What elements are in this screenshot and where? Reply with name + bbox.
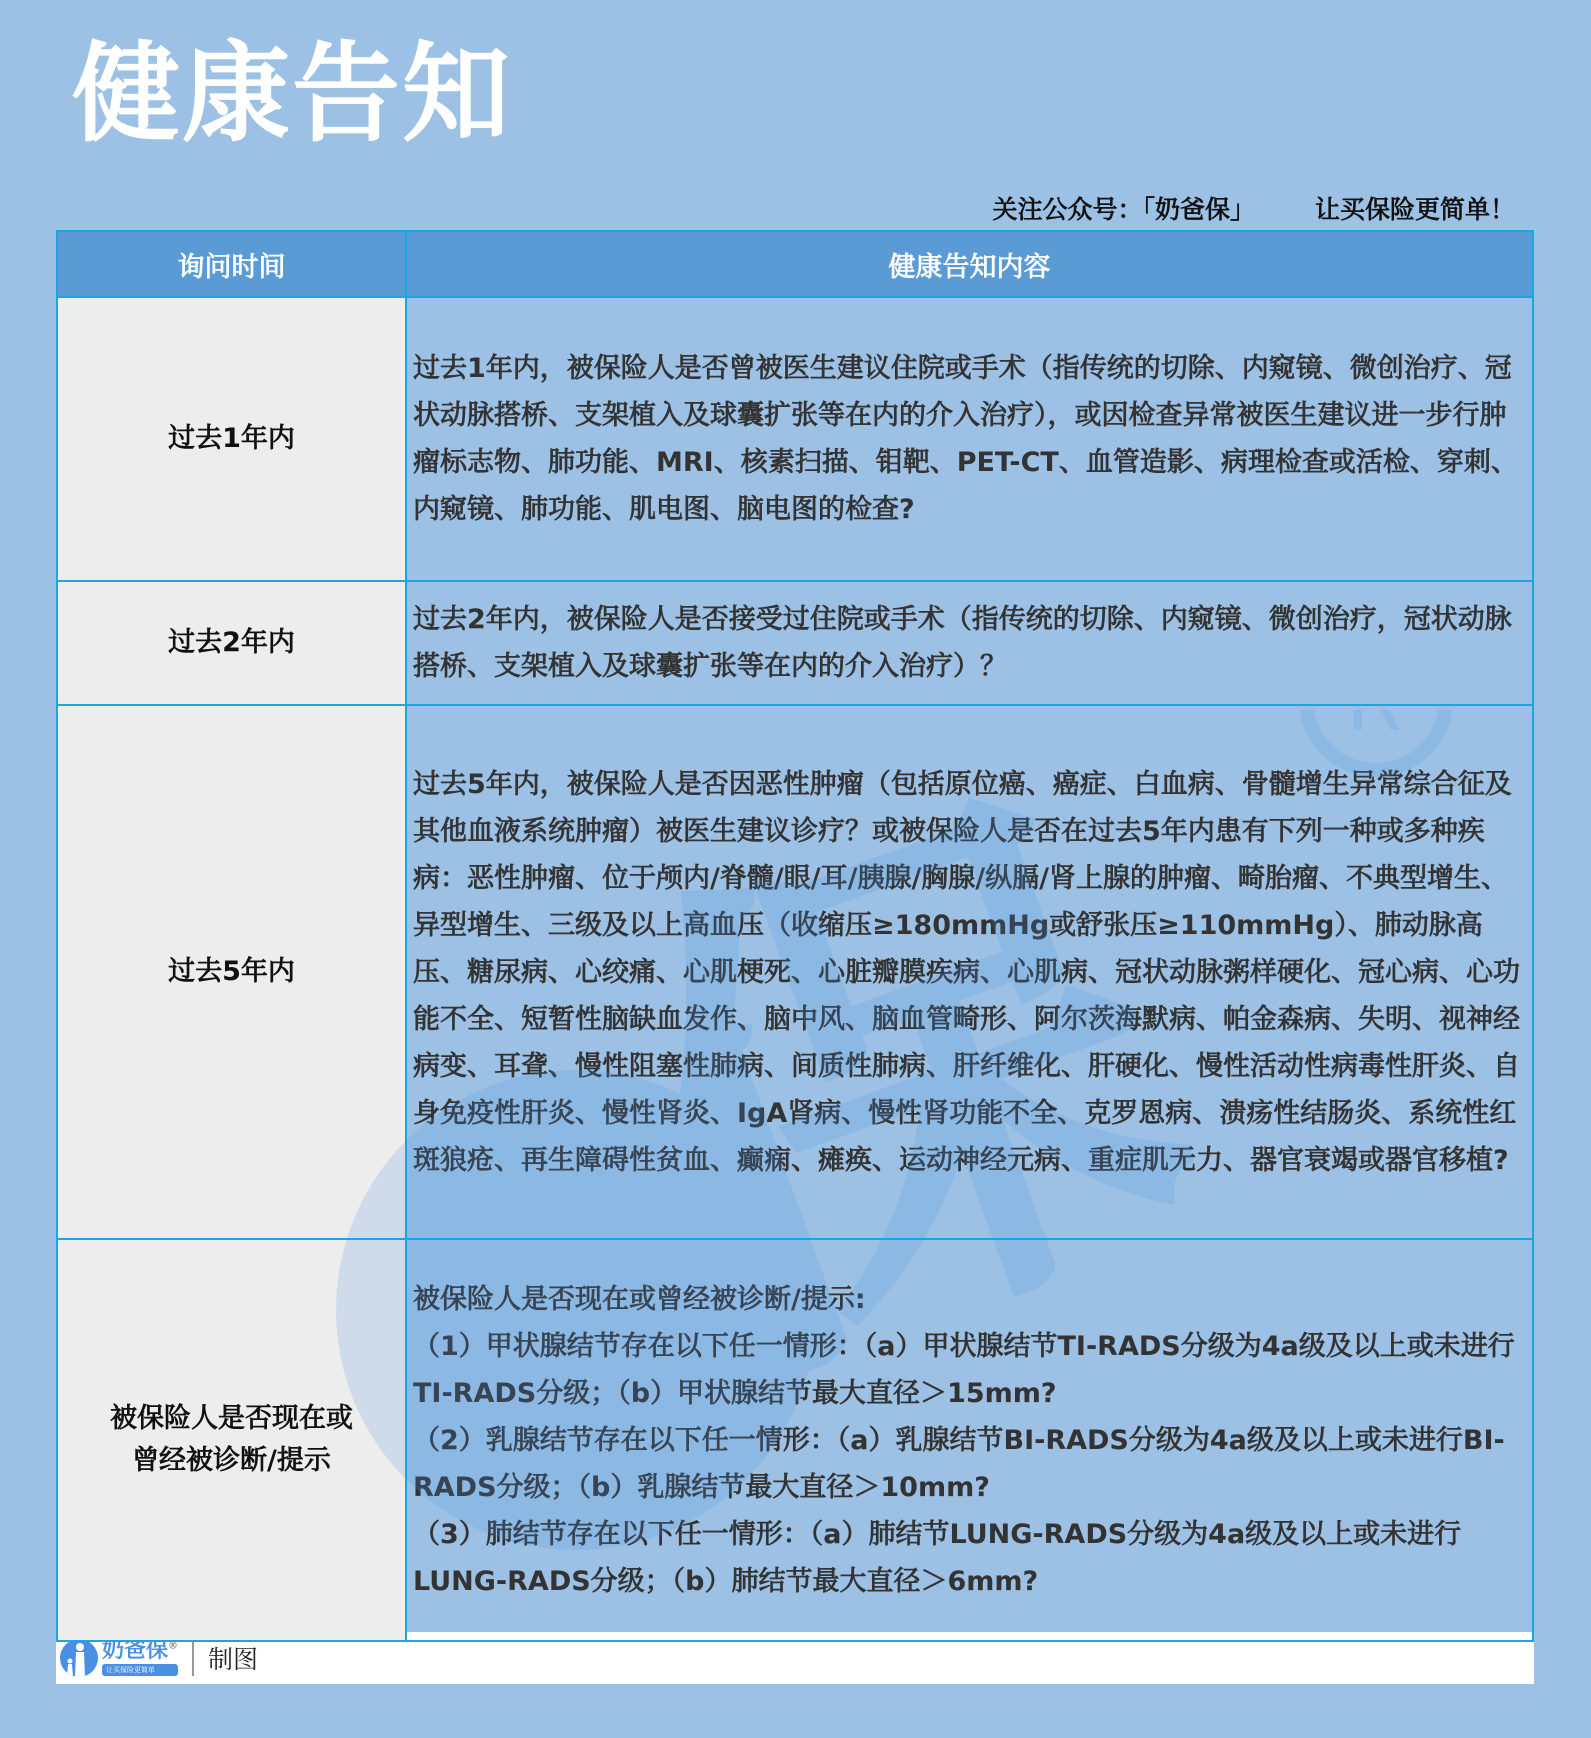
health-disclosure-table: 询问时间 健康告知内容 过去1年内 过去1年内，被保险人是否曾被医生建议住院或手… bbox=[56, 230, 1534, 1642]
brand-subtitle: 让买保险更简单 bbox=[102, 1664, 178, 1676]
parent-child-icon bbox=[60, 1639, 98, 1677]
table-row: 过去5年内 过去5年内，被保险人是否因恶性肿瘤（包括原位癌、癌症、白血病、骨髓增… bbox=[57, 705, 1533, 1239]
table-header-row: 询问时间 健康告知内容 bbox=[57, 231, 1533, 297]
slogan-tagline: 让买保险更简单！ bbox=[1315, 190, 1515, 226]
page-title: 健康告知 bbox=[72, 30, 512, 160]
period-label-text: 被保险人是否现在或曾经被诊断/提示 bbox=[110, 1403, 353, 1476]
content-line: 被保险人是否现在或曾经被诊断/提示: bbox=[413, 1276, 1528, 1323]
content-line: （2）乳腺结节存在以下任一情形：（a）乳腺结节BI-RADS分级为4a级及以上或… bbox=[413, 1417, 1528, 1511]
period-label: 被保险人是否现在或曾经被诊断/提示 bbox=[57, 1239, 406, 1641]
disclosure-content: 过去5年内，被保险人是否因恶性肿瘤（包括原位癌、癌症、白血病、骨髓增生异常综合征… bbox=[406, 705, 1533, 1239]
content-line: （3）肺结节存在以下任一情形：（a）肺结节LUNG-RADS分级为4a级及以上或… bbox=[413, 1511, 1528, 1605]
made-by-label: 制图 bbox=[208, 1640, 258, 1676]
column-header-period: 询问时间 bbox=[57, 231, 406, 297]
table-row: 过去1年内 过去1年内，被保险人是否曾被医生建议住院或手术（指传统的切除、内窥镜… bbox=[57, 297, 1533, 581]
content-line: （1）甲状腺结节存在以下任一情形：（a）甲状腺结节TI-RADS分级为4a级及以… bbox=[413, 1323, 1528, 1417]
footer-divider bbox=[192, 1640, 194, 1676]
period-label: 过去5年内 bbox=[57, 705, 406, 1239]
disclosure-content: 过去2年内，被保险人是否接受过住院或手术（指传统的切除、内窥镜、微创治疗，冠状动… bbox=[406, 581, 1533, 705]
period-label: 过去2年内 bbox=[57, 581, 406, 705]
disclosure-content: 被保险人是否现在或曾经被诊断/提示: （1）甲状腺结节存在以下任一情形：（a）甲… bbox=[406, 1239, 1533, 1641]
table-row: 过去2年内 过去2年内，被保险人是否接受过住院或手术（指传统的切除、内窥镜、微创… bbox=[57, 581, 1533, 705]
brand-logo: 奶爸保® 让买保险更简单 bbox=[60, 1639, 178, 1677]
period-label: 过去1年内 bbox=[57, 297, 406, 581]
disclosure-content: 过去1年内，被保险人是否曾被医生建议住院或手术（指传统的切除、内窥镜、微创治疗、… bbox=[406, 297, 1533, 581]
slogan-follow: 关注公众号：「奶爸保」 bbox=[992, 190, 1255, 226]
column-header-content: 健康告知内容 bbox=[406, 231, 1533, 297]
brand-name: 奶爸保® bbox=[102, 1640, 178, 1662]
slogan: 关注公众号：「奶爸保」 让买保险更简单！ bbox=[992, 190, 1515, 226]
table-row: 被保险人是否现在或曾经被诊断/提示 被保险人是否现在或曾经被诊断/提示: （1）… bbox=[57, 1239, 1533, 1641]
